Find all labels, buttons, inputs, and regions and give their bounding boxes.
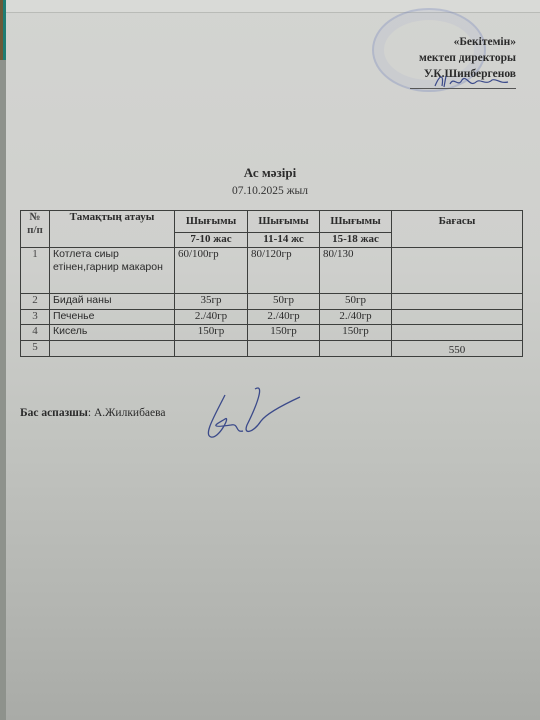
row-price <box>392 325 523 341</box>
page-title: Ас мәзірі <box>0 165 540 181</box>
row-output-15-18 <box>320 341 392 357</box>
row-dish: Кисель <box>50 325 175 341</box>
row-output-7-10: 2./40гр <box>175 310 248 325</box>
menu-date: 07.10.2025 жыл <box>0 185 540 197</box>
row-price <box>392 294 523 310</box>
row-output-11-14: 2./40гр <box>248 310 320 325</box>
paper-top-edge <box>6 0 540 13</box>
row-num: 2 <box>21 294 50 310</box>
table-row: 1 Котлета сиыр етінен,гарнир макарон 60/… <box>21 248 523 294</box>
row-output-15-18: 2./40гр <box>320 310 392 325</box>
row-output-7-10: 60/100гр <box>175 248 248 294</box>
table-row: 3 Печенье 2./40гр 2./40гр 2./40гр <box>21 310 523 325</box>
menu-table: № п/п Тамақтың атауы Шығымы Шығымы Шығым… <box>20 210 523 357</box>
row-output-11-14 <box>248 341 320 357</box>
row-price <box>392 310 523 325</box>
row-output-11-14: 150гр <box>248 325 320 341</box>
row-output-15-18: 80/130 <box>320 248 392 294</box>
chef-signature <box>195 385 305 445</box>
table-row: 2 Бидай наны 35гр 50гр 50гр <box>21 294 523 310</box>
row-output-7-10: 35гр <box>175 294 248 310</box>
table-row: 5 550 <box>21 341 523 357</box>
row-output-7-10 <box>175 341 248 357</box>
row-price <box>392 248 523 294</box>
signature-line <box>410 88 516 89</box>
header-output-2: Шығымы <box>248 211 320 233</box>
row-dish: Котлета сиыр етінен,гарнир макарон <box>50 248 175 294</box>
row-output-7-10: 150гр <box>175 325 248 341</box>
paper-sheet <box>6 0 540 720</box>
chef-name: : А.Жилкибаева <box>88 407 166 419</box>
header-output-1: Шығымы <box>175 211 248 233</box>
row-output-11-14: 50гр <box>248 294 320 310</box>
table-row: 4 Кисель 150гр 150гр 150гр <box>21 325 523 341</box>
row-num: 3 <box>21 310 50 325</box>
approval-title: «Бекітемін» <box>419 34 516 50</box>
row-num: 5 <box>21 341 50 357</box>
header-age-11-14: 11-14 жс <box>248 233 320 248</box>
chef-line: Бас аспазшы: А.Жилкибаева <box>20 407 166 419</box>
row-num: 4 <box>21 325 50 341</box>
row-output-11-14: 80/120гр <box>248 248 320 294</box>
header-age-7-10: 7-10 жас <box>175 233 248 248</box>
row-dish: Бидай наны <box>50 294 175 310</box>
header-output-3: Шығымы <box>320 211 392 233</box>
chef-label: Бас аспазшы <box>20 407 88 419</box>
approval-position: мектеп директоры <box>419 50 516 66</box>
row-output-15-18: 50гр <box>320 294 392 310</box>
row-dish: Печенье <box>50 310 175 325</box>
header-age-15-18: 15-18 жас <box>320 233 392 248</box>
row-price: 550 <box>392 341 523 357</box>
header-name: Тамақтың атауы <box>50 211 175 248</box>
header-num: № п/п <box>21 211 50 248</box>
row-num: 1 <box>21 248 50 294</box>
row-dish <box>50 341 175 357</box>
row-output-15-18: 150гр <box>320 325 392 341</box>
header-price: Бағасы <box>392 211 523 248</box>
